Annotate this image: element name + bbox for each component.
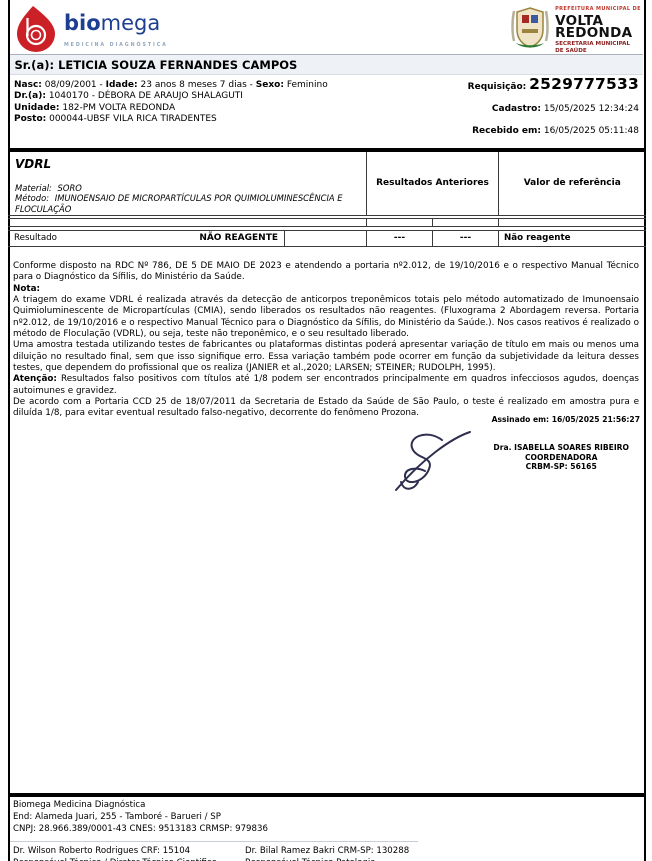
- sexo-value: Feminino: [287, 80, 328, 90]
- requisition-number-line: Requisição: 2529777533: [468, 75, 639, 93]
- note-paragraph-1: Conforme disposto na RDC Nº 786, DE 5 DE…: [13, 261, 639, 284]
- idade-value: 23 anos 8 meses 7 dias -: [141, 80, 256, 90]
- table-header-row: VDRL Material: SORO Método: IMUNOENSAIO …: [8, 152, 646, 216]
- signed-at-label: Assinado em:: [492, 415, 549, 424]
- requisition-number: 2529777533: [529, 75, 639, 93]
- patient-doctor-line: Dr.(a): 1040170 - DÉBORA DE ARAUJO SHALA…: [14, 91, 328, 102]
- col-header-previous: Resultados Anteriores: [366, 152, 498, 215]
- cadastro-line: Cadastro: 15/05/2025 12:34:24: [468, 104, 639, 114]
- table-spacer-row: [8, 218, 646, 227]
- brand-logo: biomega MEDICINA DIAGNÓSTICA: [16, 5, 168, 57]
- atencao-text: Resultados falso positivos com títulos a…: [13, 374, 639, 395]
- idade-label: Idade:: [106, 80, 138, 90]
- tech-responsible-2: Dr. Bilal Ramez Bakri CRM-SP: 130288 Res…: [245, 845, 409, 861]
- patient-name-label: Sr.(a):: [15, 58, 55, 72]
- tech1-role: Responsável Técnico / Diretor Técnico Ci…: [13, 857, 217, 861]
- recebido-line: Recebido em: 16/05/2025 05:11:48: [468, 126, 639, 136]
- patient-name-bar: Sr.(a): LETICIA SOUZA FERNANDES CAMPOS: [10, 54, 644, 75]
- doctor-label: Dr.(a):: [14, 91, 46, 101]
- page-left-border: [8, 0, 10, 861]
- nasc-value: 08/09/2001 -: [45, 80, 106, 90]
- seal-city-text-2: REDONDA: [555, 27, 641, 39]
- wordmark-light: mega: [101, 11, 161, 35]
- note-paragraph-2: A triagem do exame VDRL é realizada atra…: [13, 295, 639, 340]
- tech-responsible-1: Dr. Wilson Roberto Rodrigues CRF: 15104 …: [13, 845, 217, 861]
- unidade-value: 182-PM VOLTA REDONDA: [62, 103, 175, 113]
- municipal-seal: PREFEITURA MUNICIPAL DE VOLTA REDONDA SE…: [510, 4, 641, 55]
- footer-registration: CNPJ: 28.966.389/0001-43 CNES: 9513183 C…: [13, 823, 268, 835]
- signed-at-value: 16/05/2025 21:56:27: [552, 415, 640, 424]
- tech1-name: Dr. Wilson Roberto Rodrigues CRF: 15104: [13, 845, 217, 857]
- material-value: SORO: [58, 183, 82, 193]
- method-value: IMUNOENSAIO DE MICROPARTÍCULAS POR QUIMI…: [15, 193, 343, 214]
- patient-name: LETICIA SOUZA FERNANDES CAMPOS: [58, 58, 297, 72]
- signatory-name: Dra. ISABELLA SOARES RIBEIRO: [493, 443, 629, 453]
- material-line: Material: SORO: [15, 183, 359, 194]
- result-label: Resultado: [14, 233, 57, 243]
- cadastro-label: Cadastro:: [492, 104, 541, 114]
- seal-text-block: PREFEITURA MUNICIPAL DE VOLTA REDONDA SE…: [555, 4, 641, 55]
- reference-value: Não reagente: [498, 231, 646, 246]
- recebido-value: 16/05/2025 05:11:48: [544, 126, 639, 136]
- test-header-cell: VDRL Material: SORO Método: IMUNOENSAIO …: [8, 152, 366, 215]
- signed-at-line: Assinado em: 16/05/2025 21:56:27: [492, 415, 640, 424]
- spacer-cell: [366, 219, 432, 226]
- posto-label: Posto:: [14, 114, 46, 124]
- result-cell: Resultado NÃO REAGENTE: [8, 231, 284, 246]
- brand-subtitle: MEDICINA DIAGNÓSTICA: [64, 36, 168, 56]
- result-empty-cell: [284, 231, 366, 246]
- brand-wordmark: biomega: [64, 11, 160, 35]
- previous-result-1: ---: [366, 231, 432, 246]
- coat-of-arms-icon: [510, 5, 550, 55]
- nasc-label: Nasc:: [14, 80, 42, 90]
- posto-value: 000044-UBSF VILA RICA TIRADENTES: [49, 114, 217, 124]
- note-paragraph-3: Uma amostra testada utilizando testes de…: [13, 340, 639, 374]
- result-row: Resultado NÃO REAGENTE --- --- Não reage…: [8, 230, 646, 247]
- recebido-label: Recebido em:: [472, 126, 541, 136]
- tech2-role: Responsável Técnico Patologia: [245, 857, 409, 861]
- footer-divider: [10, 841, 418, 842]
- patient-unit-line: Unidade: 182-PM VOLTA REDONDA: [14, 103, 328, 114]
- patient-info-block: Nasc: 08/09/2001 - Idade: 23 anos 8 mese…: [14, 80, 328, 126]
- signatory-registry: CRBM-SP: 56165: [493, 462, 629, 472]
- results-table: VDRL Material: SORO Método: IMUNOENSAIO …: [8, 152, 646, 247]
- signatory-role: COORDENADORA: [493, 453, 629, 463]
- footer-lab-info: Biomega Medicina Diagnóstica End: Alamed…: [13, 799, 268, 836]
- material-label: Material:: [15, 183, 52, 193]
- test-name: VDRL: [15, 157, 359, 171]
- spacer-cell: [498, 219, 646, 226]
- footer-company: Biomega Medicina Diagnóstica: [13, 799, 268, 811]
- spacer-cell: [432, 219, 498, 226]
- lab-report-page: biomega MEDICINA DIAGNÓSTICA PREFEITURA …: [0, 0, 652, 861]
- previous-result-2: ---: [432, 231, 498, 246]
- section-divider-bar-bottom: [8, 793, 646, 797]
- notes-block: Conforme disposto na RDC Nº 786, DE 5 DE…: [13, 261, 639, 420]
- signatory-block: Dra. ISABELLA SOARES RIBEIRO COORDENADOR…: [493, 443, 629, 472]
- result-value: NÃO REAGENTE: [199, 233, 278, 243]
- spacer-cell: [8, 219, 366, 229]
- nota-label: Nota:: [13, 284, 639, 295]
- atencao-label: Atenção:: [13, 374, 57, 384]
- tech2-name: Dr. Bilal Ramez Bakri CRM-SP: 130288: [245, 845, 409, 857]
- unidade-label: Unidade:: [14, 103, 59, 113]
- patient-post-line: Posto: 000044-UBSF VILA RICA TIRADENTES: [14, 114, 328, 125]
- signature-scribble-icon: [368, 424, 478, 506]
- method-label: Método:: [15, 193, 49, 203]
- doctor-value: 1040170 - DÉBORA DE ARAUJO SHALAGUTI: [49, 91, 243, 101]
- col-header-reference: Valor de referência: [498, 152, 646, 215]
- requisition-label: Requisição:: [468, 82, 527, 92]
- note-paragraph-4: Atenção: Resultados falso positivos com …: [13, 374, 639, 397]
- method-line: Método: IMUNOENSAIO DE MICROPARTÍCULAS P…: [15, 193, 359, 214]
- cadastro-value: 15/05/2025 12:34:24: [544, 104, 639, 114]
- brand-wordmark-block: biomega MEDICINA DIAGNÓSTICA: [64, 5, 168, 56]
- logo-drop-icon: [16, 5, 56, 57]
- wordmark-bold: bio: [64, 11, 101, 35]
- seal-secretaria-text-1: SECRETARIA MUNICIPAL: [555, 41, 641, 48]
- patient-birth-line: Nasc: 08/09/2001 - Idade: 23 anos 8 mese…: [14, 80, 328, 91]
- page-right-border: [644, 0, 646, 861]
- sexo-label: Sexo:: [256, 80, 284, 90]
- requisition-block: Requisição: 2529777533 Cadastro: 15/05/2…: [468, 75, 639, 136]
- footer-address: End: Alameda Juari, 255 - Tamboré - Baru…: [13, 811, 268, 823]
